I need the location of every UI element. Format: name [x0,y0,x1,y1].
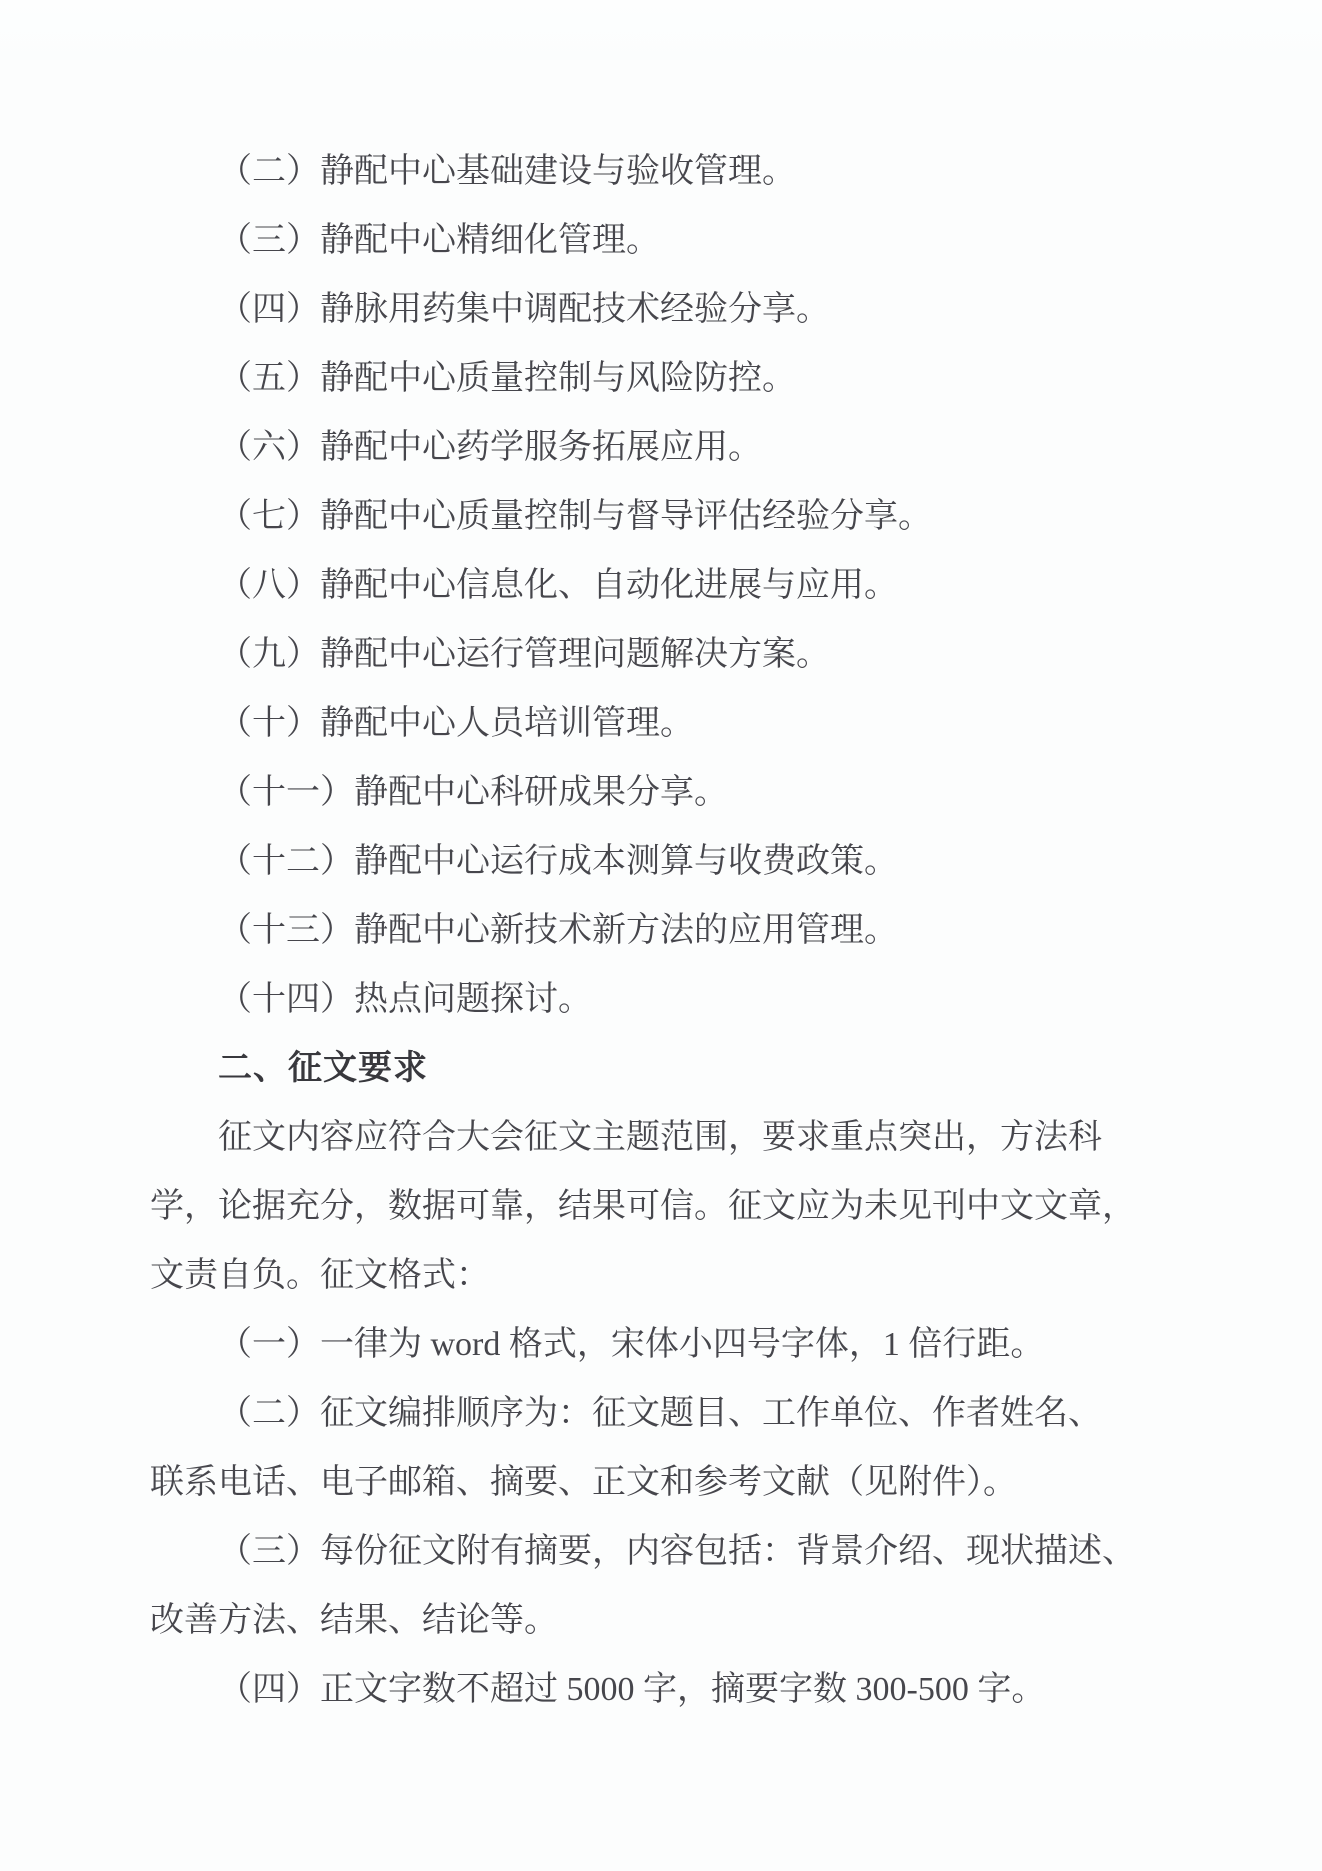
list-item-line: （七）静配中心质量控制与督导评估经验分享。 [150,482,1150,551]
paragraph-line: 改善方法、结果、结论等。 [150,1586,1150,1655]
list-item-line: （一）一律为 word 格式，宋体小四号字体，1 倍行距。 [150,1310,1150,1379]
list-item-line: （八）静配中心信息化、自动化进展与应用。 [150,551,1150,620]
paragraph-line: 联系电话、电子邮箱、摘要、正文和参考文献（见附件）。 [150,1448,1150,1517]
list-item-line: （十一）静配中心科研成果分享。 [150,758,1150,827]
paragraph-line: 征文内容应符合大会征文主题范围，要求重点突出，方法科 [150,1103,1150,1172]
list-item-line: （二）静配中心基础建设与验收管理。 [150,137,1150,206]
list-item-line: （三）每份征文附有摘要，内容包括：背景介绍、现状描述、 [150,1517,1150,1586]
list-item-line: （四）静脉用药集中调配技术经验分享。 [150,275,1150,344]
list-item-line: （十）静配中心人员培训管理。 [150,689,1150,758]
paragraph-line: 文责自负。征文格式： [150,1241,1150,1310]
list-item-line: （六）静配中心药学服务拓展应用。 [150,413,1150,482]
list-item-line: （十二）静配中心运行成本测算与收费政策。 [150,827,1150,896]
document-page: （二）静配中心基础建设与验收管理。（三）静配中心精细化管理。（四）静脉用药集中调… [0,0,1322,1871]
section-heading: 二、征文要求 [150,1034,1150,1103]
document-body: （二）静配中心基础建设与验收管理。（三）静配中心精细化管理。（四）静脉用药集中调… [150,137,1150,1724]
scan-tint-band [0,0,1322,60]
list-item-line: （五）静配中心质量控制与风险防控。 [150,344,1150,413]
paragraph-line: 学，论据充分，数据可靠，结果可信。征文应为未见刊中文文章， [150,1172,1150,1241]
list-item-line: （十四）热点问题探讨。 [150,965,1150,1034]
list-item-line: （九）静配中心运行管理问题解决方案。 [150,620,1150,689]
list-item-line: （四）正文字数不超过 5000 字，摘要字数 300-500 字。 [150,1655,1150,1724]
list-item-line: （二）征文编排顺序为：征文题目、工作单位、作者姓名、 [150,1379,1150,1448]
list-item-line: （十三）静配中心新技术新方法的应用管理。 [150,896,1150,965]
list-item-line: （三）静配中心精细化管理。 [150,206,1150,275]
